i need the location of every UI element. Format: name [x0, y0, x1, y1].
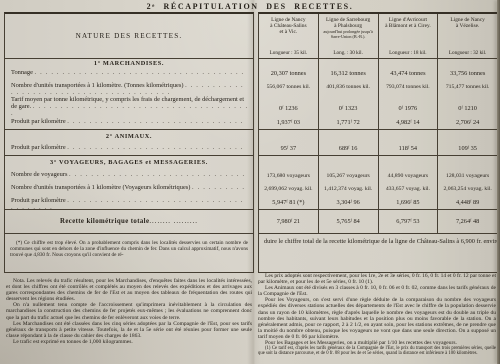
value-cell: 433,657 voyag. kil. — [378, 182, 438, 195]
value-cell: 401,836 tonnes kil. — [318, 80, 378, 94]
value-cell: 0ᶠ 1236 — [259, 94, 318, 116]
row-label-produit-voyageurs: Produit par kilomètre — [5, 195, 253, 210]
value-cell: 43,474 tonnes — [378, 67, 438, 80]
value-cell: 1,937ᶠ 03 — [259, 116, 318, 129]
section-2-heading: 2° ANIMAUX. — [5, 130, 253, 142]
value-cell: 2,063,254 voyag. kil. — [437, 182, 497, 195]
voyageurs-kilometriques-values-row: 2,699,062 voyag. kil. 1,412,374 voyag. k… — [259, 182, 497, 195]
footnote-right-row: duire le chiffre total de la recette kil… — [259, 234, 497, 272]
value-cell: 7,264ᶠ 48 — [437, 210, 497, 233]
tonnes-kilometriques-values-row: 556,067 tonnes kil. 401,836 tonnes kil. … — [259, 80, 497, 94]
corner-label: NATURE DES RECETTES. — [76, 32, 183, 40]
value-cell: 689ᶠ 16 — [318, 142, 378, 155]
value-cell: 16,312 tonnes — [318, 67, 378, 80]
row-label-recette-totale: Recette kilométrique totale — [5, 210, 253, 234]
spacer-row — [259, 59, 497, 67]
row-label-tonnage: Tonnage — [5, 67, 253, 80]
value-cell: 5,947ᶠ 81 (*) — [259, 195, 318, 209]
value-cell: 0ᶠ 1210 — [437, 94, 497, 116]
value-cell: 173,680 voyageurs — [259, 169, 318, 182]
value-cell: 0ᶠ 1976 — [378, 94, 438, 116]
note-paragraph: Les prix adoptés sont respectivement, po… — [258, 273, 496, 285]
value-cell: 793,074 tonnes kil. — [378, 80, 438, 94]
value-cell: 33,756 tonnes — [437, 67, 497, 80]
tarif-moyen-values-row: 0ᶠ 1236 0ᶠ 1323 0ᶠ 1976 0ᶠ 1210 — [259, 94, 497, 116]
tonnage-values-row: 20,307 tonnes 16,312 tonnes 43,474 tonne… — [259, 67, 497, 80]
value-cell: 44,890 voyageurs — [378, 169, 438, 182]
value-cell: 715,477 tonnes kil. — [437, 80, 497, 94]
note-paragraph: Nota. Les relevés du trafic résultent, p… — [6, 278, 252, 302]
value-cell: 3,304ᶠ 96 — [318, 195, 378, 209]
spacer-row — [259, 156, 497, 169]
value-cell: 1,696ᶠ 85 — [378, 195, 438, 209]
produit-voyageurs-values-row: 5,947ᶠ 81 (*) 3,304ᶠ 96 1,696ᶠ 85 4,448ᶠ… — [259, 195, 497, 210]
value-cell: 0ᶠ 1323 — [318, 94, 378, 116]
page-title: 2ᵉ RÉCAPITULATION DES RECETTES. — [0, 2, 500, 11]
value-cell: 1,412,374 voyag. kil. — [318, 182, 378, 195]
notes-right-column: Les prix adoptés sont respectivement, po… — [258, 273, 496, 357]
row-label-produit-animaux: Produit par kilomètre — [5, 142, 253, 156]
note-paragraph: Pour les Voyageurs, on s'est servi d'une… — [258, 297, 496, 340]
value-cell: 2,706ᶠ 24 — [437, 116, 497, 129]
note-paragraph: Le trafic est exprimé en tonnes de 1,000… — [6, 339, 252, 345]
column-header-avricourt-blamont: Ligne d'Avricourt à Blâmont et à Cirey. … — [378, 14, 438, 58]
value-cell: 95ᶠ 37 — [259, 142, 318, 155]
value-cell: 118ᶠ 54 — [378, 142, 438, 155]
produit-animaux-values-row: 95ᶠ 37 689ᶠ 16 118ᶠ 54 109ᶠ 35 — [259, 142, 497, 156]
row-label-tonnes-kilometriques: Nombre d'unités transportées à 1 kilomèt… — [5, 80, 253, 94]
nombre-voyageurs-values-row: 173,680 voyageurs 105,267 voyageurs 44,8… — [259, 169, 497, 182]
value-cell: 2,699,062 voyag. kil. — [259, 182, 318, 195]
note-paragraph: On n'a nullement tenu compte de l'accroi… — [6, 302, 252, 320]
column-headers-row: Ligne de Nancy à Château-Salins et à Vic… — [259, 14, 497, 59]
section-1-heading: 1° MARCHANDISES. — [5, 59, 253, 67]
column-header-nancy-vezelise: Ligne de Nancy à Vézelise. Longueur : 32… — [437, 14, 497, 58]
row-label-tarif-moyen: Tarif moyen par tonne kilométrique, y co… — [5, 94, 253, 116]
note-footnote: (1) Ce tarif est, d'après les tarifs gén… — [258, 346, 496, 356]
table-left-page: NATURE DES RECETTES. 1° MARCHANDISES. To… — [4, 12, 254, 273]
nature-des-recettes-header: NATURE DES RECETTES. — [5, 14, 253, 59]
column-header-sarrebourg-phalsbourg: Ligne de Sarrebourg à Phalsbourg aujourd… — [318, 14, 378, 58]
note-paragraph: Les Marchandises ont été classées dans l… — [6, 321, 252, 339]
value-cell: 556,067 tonnes kil. — [259, 80, 318, 94]
value-cell: 5,765ᶠ 84 — [318, 210, 378, 233]
value-cell: 105,267 voyageurs — [318, 169, 378, 182]
produit-marchandises-values-row: 1,937ᶠ 03 1,771ᶠ 72 4,982ᶠ 14 2,706ᶠ 24 — [259, 116, 497, 130]
spacer-row — [259, 130, 497, 142]
notes-left-column: Nota. Les relevés du trafic résultent, p… — [6, 278, 252, 345]
note-paragraph: Les Animaux ont été divisés en 3 classes… — [258, 285, 496, 297]
value-cell: 6,797ᶠ 53 — [378, 210, 438, 233]
row-label-voyageurs-kilometriques: Nombre d'unités transportées à 1 kilomèt… — [5, 182, 253, 195]
value-cell: 1,771ᶠ 72 — [318, 116, 378, 129]
footnote-left: (*) Ce chiffre est trop élevé. On a prob… — [5, 234, 253, 272]
row-label-produit-marchandises: Produit par kilomètre — [5, 116, 253, 130]
value-cell: 4,982ᶠ 14 — [378, 116, 438, 129]
value-cell: 7,980ᶠ 21 — [259, 210, 318, 233]
section-3-heading: 3° VOYAGEURS, BAGAGES et MESSAGERIES. — [5, 156, 253, 169]
value-cell: 20,307 tonnes — [259, 67, 318, 80]
value-cell: 128,031 voyageurs — [437, 169, 497, 182]
column-header-nancy-chateau-salins: Ligne de Nancy à Château-Salins et à Vic… — [259, 14, 318, 58]
footnote-right: duire le chiffre total de la recette kil… — [259, 234, 497, 272]
table-right-page: Ligne de Nancy à Château-Salins et à Vic… — [258, 12, 498, 273]
row-label-nombre-voyageurs: Nombre de voyageurs — [5, 169, 253, 182]
value-cell: 109ᶠ 35 — [437, 142, 497, 155]
recette-totale-values-row: 7,980ᶠ 21 5,765ᶠ 84 6,797ᶠ 53 7,264ᶠ 48 — [259, 210, 497, 234]
value-cell: 4,448ᶠ 89 — [437, 195, 497, 209]
